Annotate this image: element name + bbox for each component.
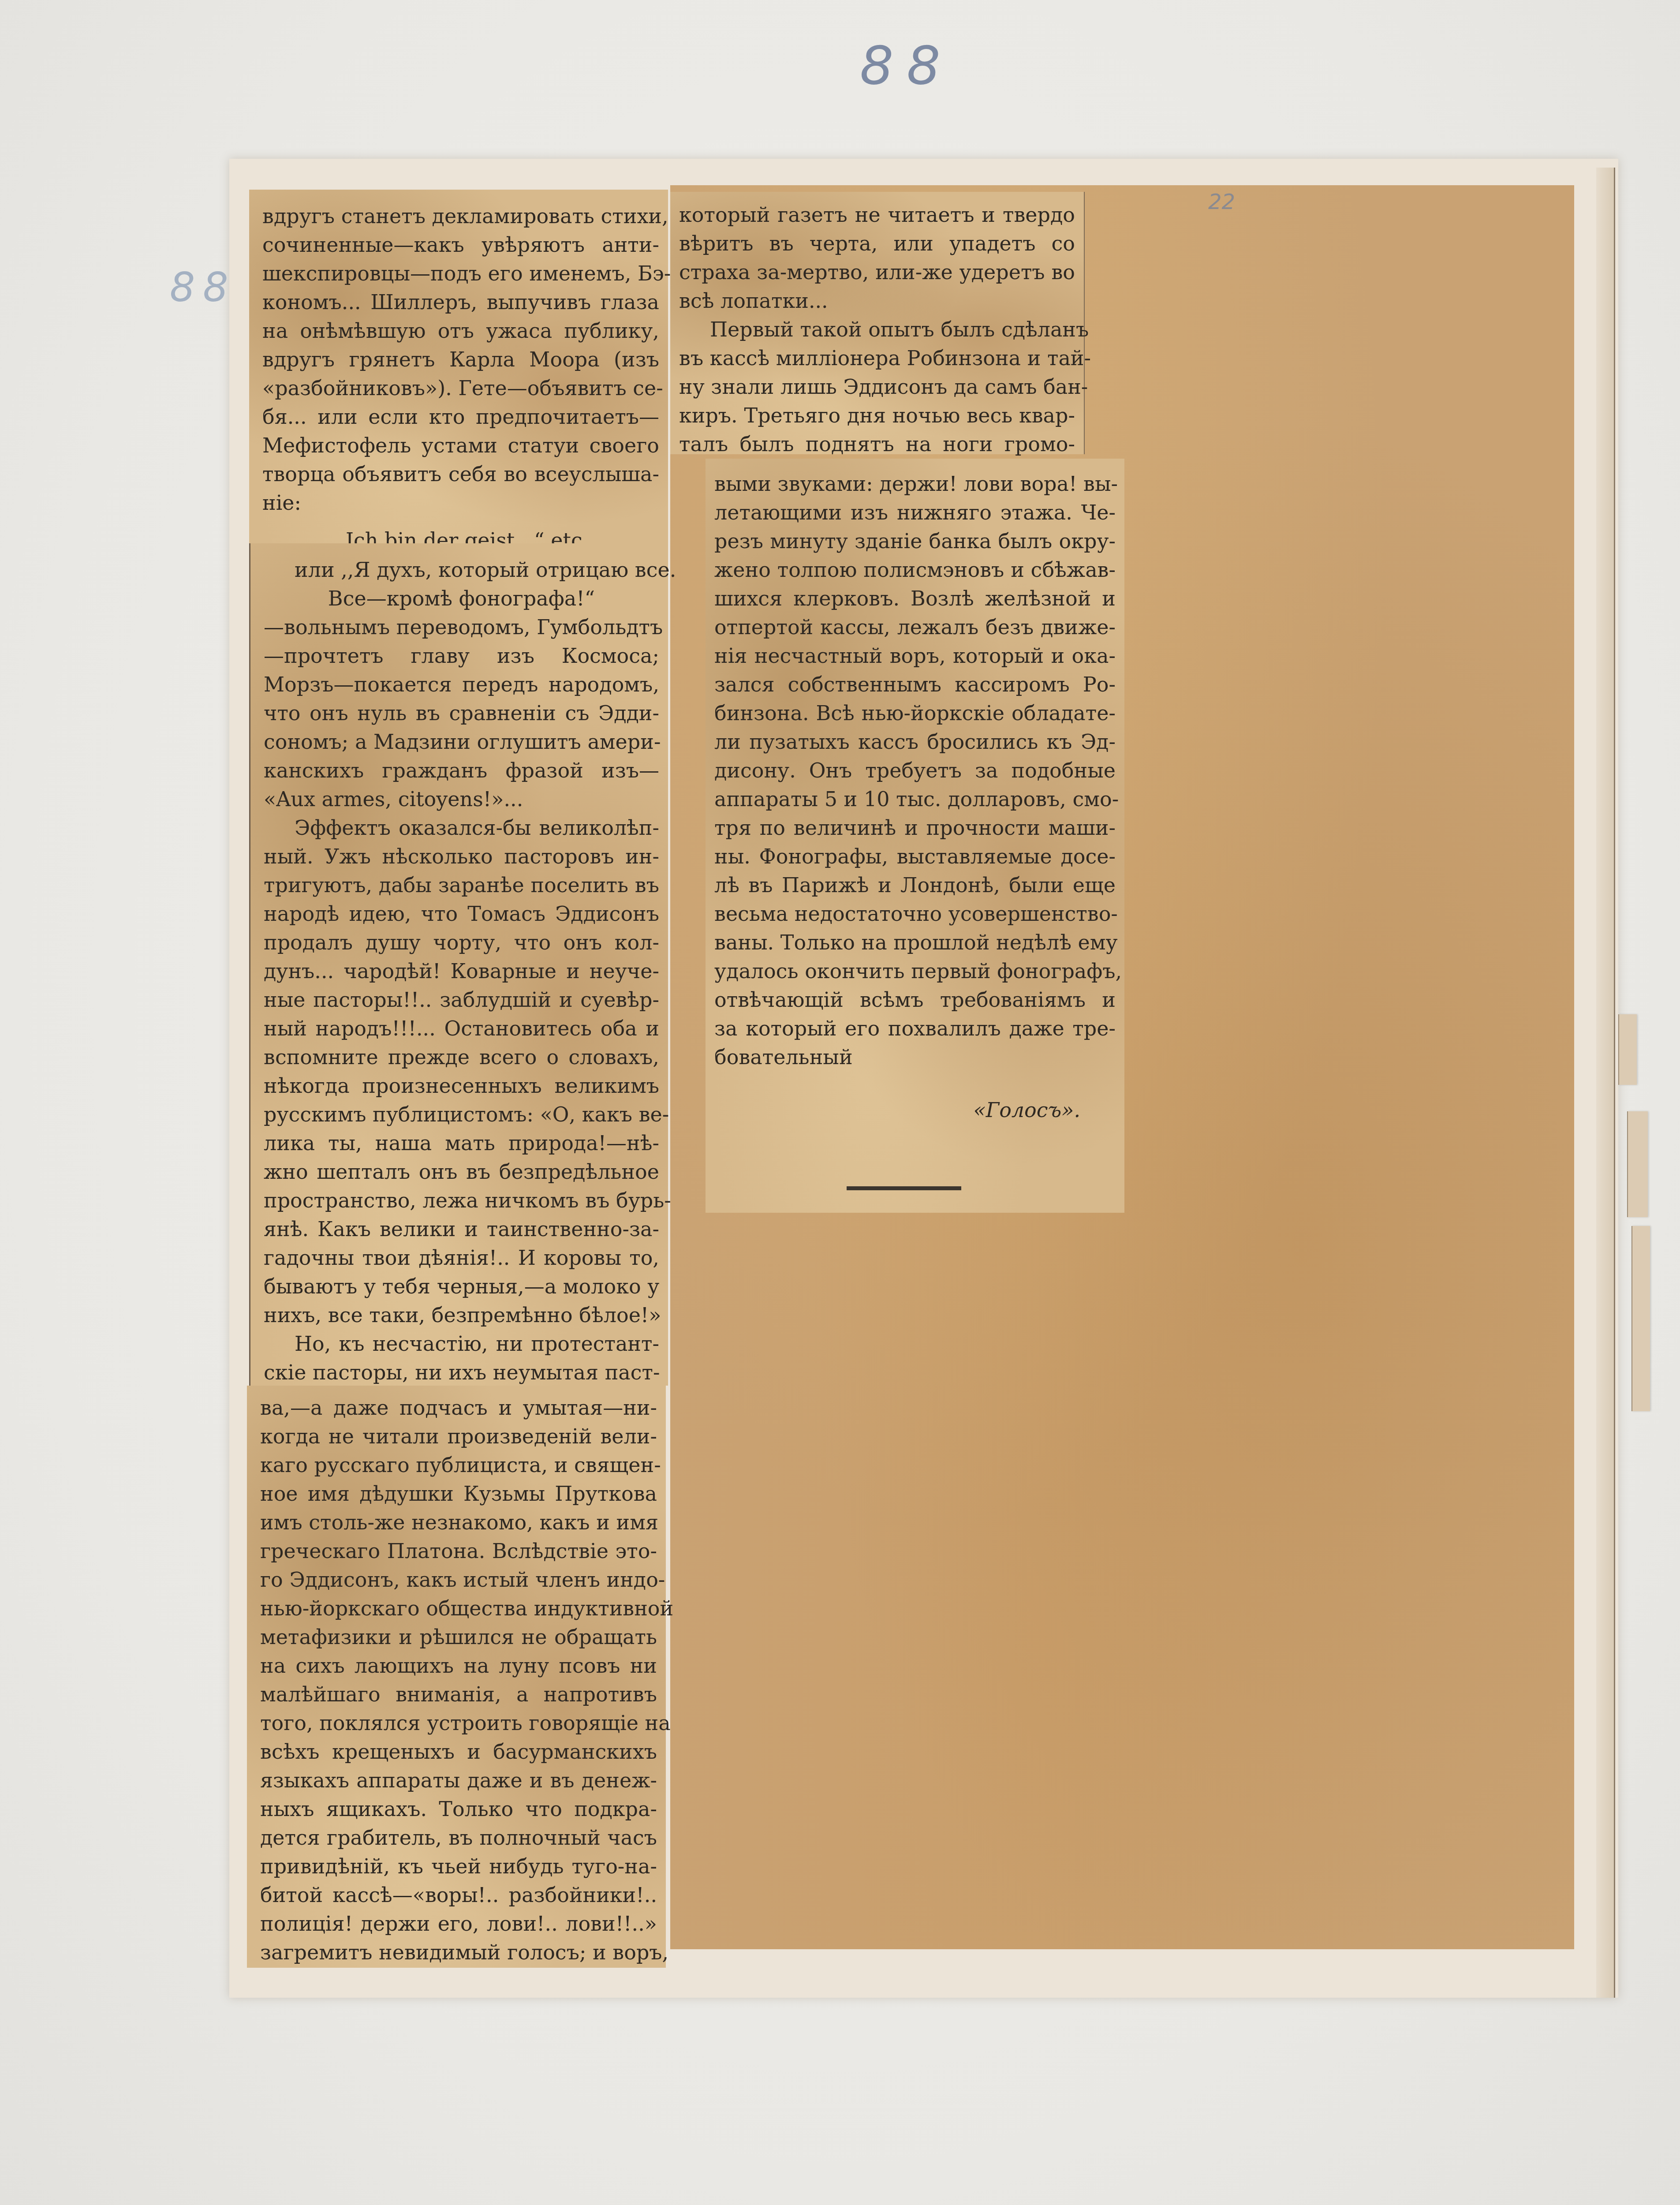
text-line: шихся клерковъ. Возлѣ желѣзной и [714,584,1116,613]
text-line: вдругъ грянетъ Карла Моора (изъ [262,345,659,374]
text-line: ные пасторы!!.. заблудшiй и суевѣр- [264,986,659,1014]
text-line: продалъ душу чорту, что онъ кол- [264,928,659,957]
text-line: нихъ, все таки, безпремѣнно бѣлое!» [264,1301,659,1330]
text-line: тря по величинѣ и прочности маши- [714,814,1116,842]
text-line: когда не читали произведенiй вели- [260,1422,657,1451]
clipping-right-bottom: выми звуками: держи! лови вора! вы- лета… [706,459,1124,1213]
text-line: вспомните прежде всего о словахъ, [264,1043,659,1072]
text-line: жно шепталъ онъ въ безпредѣльное [264,1158,659,1186]
text-line: Эффектъ оказался-бы великолѣп- [264,814,659,842]
text-line: бинзона. Всѣ нью-йоркскiе обладате- [714,699,1116,728]
text-line: талъ былъ поднятъ на ноги громо- [679,430,1075,459]
text-line: тригуютъ, дабы заранѣе поселить въ [264,871,659,900]
text-line: пространство, лежа ничкомъ въ бурь- [264,1186,659,1215]
text-line: Но, къ несчастiю, ни протестант- [264,1330,659,1358]
text-line: метафизики и рѣшился не обращать [260,1623,657,1652]
text-line: ны. Фонографы, выставляемые досе- [714,842,1116,871]
text-line: жено толпою полисмэновъ и сбѣжав- [714,556,1116,584]
text-line: го Эддисонъ, какъ истый членъ индо- [260,1566,657,1594]
text-line: лѣ въ Парижѣ и Лондонѣ, были еще [714,871,1116,900]
text-line: привидѣнiй, къ чьей нибудь туго-на- [260,1852,657,1881]
text-line: «Aux armes, citoyens!»... [264,785,659,814]
text-line: ну знали лишь Эддисонъ да самъ бан- [679,373,1075,401]
text-line: ваны. Только на прошлой недѣлѣ ему [714,928,1116,957]
text-line: который газетъ не читаетъ и твердо [679,201,1075,229]
text-line: нiе: [262,489,659,517]
text-line: сочиненные—какъ увѣряютъ анти- [262,231,659,259]
text-line: полицiя! держи его, лови!.. лови!!..» [260,1910,657,1938]
text-line: въ кассѣ миллiонера Робинзона и тай- [679,344,1075,373]
text-line: Все—кромѣ фонографа!“ [264,584,659,613]
text-line: Морзъ—покается передъ народомъ, [264,670,659,699]
text-line: отвѣчающiй всѣмъ требованiямъ и [714,986,1116,1014]
text-line: ное имя дѣдушки Кузьмы Пруткова [260,1480,657,1508]
text-line: загремитъ невидимый голосъ; и воръ, [260,1938,657,1967]
torn-paper-strip [1618,1014,1637,1085]
text-line: дется грабитель, въ полночный часъ [260,1824,657,1852]
page-number-annotation: 88 [860,35,954,97]
text-line: нiя несчастный воръ, который и ока- [714,642,1116,670]
torn-paper-strip [1627,1111,1648,1217]
text-line: того, поклялся устроить говорящiе на [260,1709,657,1738]
text-line: нью-йоркскаго общества индуктивной [260,1594,657,1623]
text-line: —вольнымъ переводомъ, Гумбольдтъ [264,613,659,642]
clipping-right-top: который газетъ не читаетъ и твердо вѣрит… [670,192,1085,454]
text-line: имъ столь-же незнакомо, какъ и имя [260,1508,657,1537]
text-line: вѣритъ въ черта, или упадетъ со [679,229,1075,258]
text-line: скiе пасторы, ни ихъ неумытая паст- [264,1358,659,1387]
text-line: всѣ лопатки... [679,287,1075,315]
text-line: дунъ... чародѣй! Коварные и неуче- [264,957,659,986]
text-line: народѣ идею, что Томасъ Эддисонъ [264,900,659,928]
text-line: всѣхъ крещеныхъ и басурманскихъ [260,1738,657,1766]
text-line: киръ. Третьяго дня ночью весь квар- [679,401,1075,430]
clipping-left-middle: или ,,Я духъ, который отрицаю все. Все—к… [249,543,668,1386]
text-line: ли пузатыхъ кассъ бросились къ Эд- [714,728,1116,756]
text-line: летающими изъ нижняго этажа. Че- [714,498,1116,527]
text-line: нѣкогда произнесенныхъ великимъ [264,1072,659,1100]
text-line: гадочны твои дѣянiя!.. И коровы то, [264,1244,659,1272]
text-line: зался собственнымъ кассиромъ Ро- [714,670,1116,699]
clipping-left-top: вдругъ станетъ декламировать стихи, сочи… [249,190,668,547]
text-line: языкахъ аппараты даже и въ денеж- [260,1766,657,1795]
text-line: бя... или если кто предпочитаетъ— [262,403,659,431]
text-line: Первый такой опытъ былъ сдѣланъ [679,315,1075,344]
text-line: ва,—а даже подчасъ и умытая—ни- [260,1394,657,1422]
text-line: на онѣмѣвшую отъ ужаса публику, [262,317,659,345]
text-line: янѣ. Какъ велики и таинственно-за- [264,1215,659,1244]
pencil-mark: 22 [1208,190,1235,214]
text-line: на сихъ лающихъ на луну псовъ ни [260,1652,657,1680]
text-line: страха за-мертво, или-же удеретъ во [679,258,1075,287]
text-line: битой кассѣ—«воры!.. разбойники!.. [260,1881,657,1910]
text-line: что онъ нуль въ сравненiи съ Эдди- [264,699,659,728]
text-line: кономъ... Шиллеръ, выпучивъ глаза [262,288,659,317]
torn-paper-strip [1631,1226,1650,1411]
text-line: бываютъ у тебя черныя,—а молоко у [264,1272,659,1301]
mount-edge [1596,168,1615,1998]
source-signature: «Голосъ». [714,1096,1116,1125]
text-line: греческаго Платона. Вслѣдствiе это- [260,1537,657,1566]
text-line: лика ты, наша мать природа!—нѣ- [264,1129,659,1158]
text-line: удалось окончить первый фонографъ, [714,957,1116,986]
text-line: Мефистофель устами статуи своего [262,431,659,460]
text-line: творца объявитъ себя во всеуслыша- [262,460,659,489]
text-line: за который его похвалилъ даже тре- [714,1014,1116,1043]
text-line: или ,,Я духъ, который отрицаю все. [264,556,659,584]
text-line: ныхъ ящикахъ. Только что подкра- [260,1795,657,1824]
text-line: канскихъ гражданъ фразой изъ— [264,756,659,785]
text-line: отпертой кассы, лежалъ безъ движе- [714,613,1116,642]
text-line: весьма недостаточно усовершенство- [714,900,1116,928]
text-line: «разбойниковъ»). Гете—объявитъ се- [262,374,659,403]
text-line: каго русскаго публициста, и священ- [260,1451,657,1480]
text-line: ный народъ!!!... Остановитесь оба и [264,1014,659,1043]
margin-page-number: 88 [170,265,236,311]
text-line: русскимъ публицистомъ: «О, какъ ве- [264,1100,659,1129]
text-line: вдругъ станетъ декламировать стихи, [262,202,659,231]
text-line: бовательный [714,1043,1116,1072]
text-line: дисону. Онъ требуетъ за подобные [714,756,1116,785]
text-line: малѣйшаго вниманiя, а напротивъ [260,1680,657,1709]
text-line: резъ минуту зданiе банка былъ окру- [714,527,1116,556]
text-line: шекспировцы—подъ его именемъ, Бэ- [262,259,659,288]
text-line: сономъ; а Мадзини оглушитъ амери- [264,728,659,756]
text-line: выми звуками: держи! лови вора! вы- [714,470,1116,498]
text-line: —прочтетъ главу изъ Космоса; [264,642,659,670]
text-line: аппараты 5 и 10 тыс. долларовъ, смо- [714,785,1116,814]
end-rule [847,1186,961,1190]
text-line: ный. Ужъ нѣсколько пасторовъ ин- [264,842,659,871]
clipping-left-bottom: ва,—а даже подчасъ и умытая—ни- когда не… [247,1386,666,1968]
